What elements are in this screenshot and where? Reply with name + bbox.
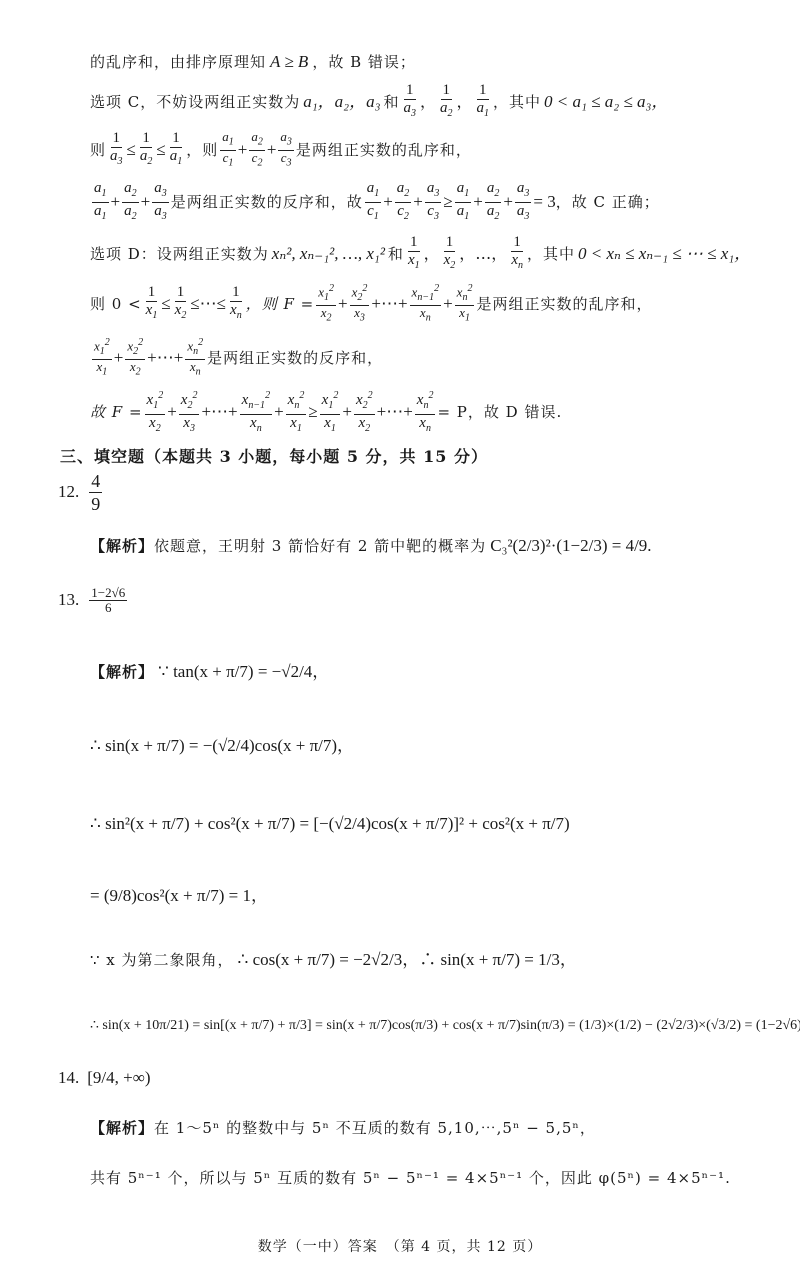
question-13-step-4: = (9/8)cos²(x + π/7) = 1，	[90, 876, 268, 916]
math-line: ∴ sin(x + 10π/21) = sin[(x + π/7) + π/3]…	[90, 1016, 800, 1036]
denominator: 6	[103, 601, 114, 615]
analysis-tag: 【解析】	[90, 662, 154, 682]
fraction: a3c3	[425, 180, 442, 225]
text-line-6: 则 0 < 1x1≤ 1x2≤⋯≤ 1xn ，则 F = x12x2+ x22x…	[90, 284, 652, 324]
text: 的乱序和，由排序原理知	[90, 52, 266, 72]
text: = P，故 D 错误.	[437, 402, 562, 422]
question-number: 12.	[58, 482, 79, 502]
math-inline: A ≥ B	[270, 52, 308, 72]
question-13-step-2: ∴ sin(x + π/7) = −(√2/4)cos(x + π/7)，	[90, 726, 354, 766]
fraction: x22x3	[179, 387, 200, 437]
text: ，故 C 正确；	[556, 192, 660, 212]
fraction: 1a1	[475, 82, 492, 122]
math-inline: a₁，a₂，a₃	[303, 92, 380, 112]
section-heading: 三、填空题（本题共 3 小题，每小题 5 分，共 15 分）	[60, 444, 488, 467]
text: 和	[383, 92, 399, 112]
fraction: a3c3	[278, 130, 294, 170]
fraction: x12x1	[92, 336, 112, 380]
fraction: 1a3	[402, 82, 419, 122]
text: 则 0 <	[90, 294, 142, 314]
fraction: x12x2	[316, 282, 336, 326]
question-13-step-1: 【解析】 ∵ tan(x + π/7) = −√2/4，	[90, 652, 329, 692]
text: ，则 F =	[246, 294, 315, 314]
fraction: xn2x1	[455, 282, 475, 326]
math-line: = (9/8)cos²(x + π/7) = 1，	[90, 886, 268, 906]
fraction: 1x2	[173, 284, 189, 324]
math-inline: C₃²(2/3)²·(1−2/3) = 4/9.	[490, 536, 651, 556]
fraction: xn2xn	[185, 336, 205, 380]
text: 依题意，王明射 3 箭恰好有 2 箭中靶的概率为	[154, 536, 486, 556]
fraction: x12x2	[145, 387, 166, 437]
fraction: 1x1	[406, 234, 422, 274]
text: 选项 D：设两组正实数为	[90, 244, 269, 264]
numerator: 1−2√6	[89, 586, 127, 601]
question-12-analysis: 【解析】 依题意，王明射 3 箭恰好有 2 箭中靶的概率为 C₃²(2/3)²·…	[90, 526, 652, 566]
fraction: x22x2	[354, 387, 375, 437]
question-13-answer: 13. 1−2√6 6	[58, 580, 129, 620]
fraction: a1c1	[365, 180, 382, 225]
question-number: 13.	[58, 590, 79, 610]
analysis-tag: 【解析】	[90, 1118, 154, 1138]
text: ，故 B 错误；	[312, 52, 416, 72]
analysis-tag: 【解析】	[90, 536, 154, 556]
text: 是两组正实数的乱序和，	[476, 294, 652, 314]
fraction: a3a3	[152, 180, 169, 225]
fraction: a1a1	[92, 180, 109, 225]
text: 是两组正实数的反序和，故	[171, 192, 363, 212]
question-13-step-3: ∴ sin²(x + π/7) + cos²(x + π/7) = [−(√2/…	[90, 804, 570, 844]
fraction: 1x2	[442, 234, 458, 274]
text: ，其中	[493, 92, 541, 112]
math-inline: xₙ², xₙ₋₁², …, x₁²	[272, 244, 385, 264]
answer-fraction: 1−2√6 6	[89, 586, 127, 615]
fraction: 1a1	[168, 130, 185, 170]
fraction: a3a3	[515, 180, 532, 225]
denominator: 9	[89, 493, 102, 515]
text-line-4: a1a1+ a2a2+ a3a3 是两组正实数的反序和，故 a1c1+ a2c2…	[90, 182, 660, 222]
question-13-step-5: ∵ x 为第二象限角， ∴ cos(x + π/7) = −2√2/3，∴ si…	[90, 940, 577, 980]
fraction: 1a2	[438, 82, 455, 122]
math-inline: 0 < xₙ ≤ xₙ₋₁ ≤ ⋯ ≤ x₁，	[578, 244, 751, 264]
question-14-analysis-1: 【解析】 在 1～5ⁿ 的整数中与 5ⁿ 不互质的数有 5,10,⋯,5ⁿ − …	[90, 1118, 596, 1138]
text: 则	[90, 140, 106, 160]
text: ∵ x 为第二象限角，	[90, 950, 234, 970]
fraction: a2c2	[395, 180, 412, 225]
fraction: 1xn	[228, 284, 244, 324]
text: 是两组正实数的乱序和，	[296, 140, 472, 160]
text: ，则	[186, 140, 218, 160]
fraction: a1a1	[455, 180, 472, 225]
math-inline: ∴ cos(x + π/7) = −2√2/3，∴ sin(x + π/7) =…	[238, 950, 577, 970]
text: 故 F =	[90, 402, 143, 422]
text: 和	[388, 244, 404, 264]
fraction: a1c1	[220, 130, 236, 170]
fraction: xn−12xn	[410, 282, 442, 326]
math-line: ∴ sin²(x + π/7) + cos²(x + π/7) = [−(√2/…	[90, 814, 570, 834]
fraction: x12x1	[320, 387, 341, 437]
fraction: xn2xn	[415, 387, 436, 437]
fraction: a2a2	[485, 180, 502, 225]
math-line: ∵ tan(x + π/7) = −√2/4，	[158, 662, 329, 682]
page-footer: 数学（一中）答案 （第 4 页，共 12 页）	[0, 1236, 800, 1256]
fraction: x22x3	[350, 282, 370, 326]
text-line-2: 选项 C，不妨设两组正实数为 a₁，a₂，a₃ 和 1a3， 1a2， 1a1 …	[90, 82, 668, 122]
text: 是两组正实数的反序和，	[207, 348, 383, 368]
numerator: 4	[89, 470, 102, 493]
text: 在 1～5ⁿ 的整数中与 5ⁿ 不互质的数有 5,10,⋯,5ⁿ − 5,5ⁿ，	[154, 1118, 596, 1138]
answer-fraction: 4 9	[89, 470, 102, 515]
fraction: 1a2	[138, 130, 155, 170]
fraction: 1x1	[144, 284, 160, 324]
question-number: 14.	[58, 1068, 79, 1088]
fraction: xn2x1	[286, 387, 307, 437]
text-line-3: 则 1a3≤ 1a2≤ 1a1 ，则 a1c1+ a2c2+ a3c3 是两组正…	[90, 130, 472, 170]
question-12-answer: 12. 4 9	[58, 470, 104, 514]
math-line: ∴ sin(x + π/7) = −(√2/4)cos(x + π/7)，	[90, 736, 354, 756]
answer-interval: [9/4, +∞)	[87, 1068, 150, 1088]
fraction: 1xn	[509, 234, 525, 274]
text-line-1: 的乱序和，由排序原理知 A ≥ B ，故 B 错误；	[90, 52, 416, 72]
question-13-step-6: ∴ sin(x + 10π/21) = sin[(x + π/7) + π/3]…	[90, 1006, 800, 1046]
text: 选项 C，不妨设两组正实数为	[90, 92, 300, 112]
fraction: x22x2	[125, 336, 145, 380]
text-line-8: 故 F = x12x2+ x22x3+⋯+ xn−12xn+ xn2x1≥ x1…	[90, 390, 562, 434]
fraction: a2c2	[249, 130, 265, 170]
document-page: 的乱序和，由排序原理知 A ≥ B ，故 B 错误； 选项 C，不妨设两组正实数…	[0, 0, 800, 1282]
question-14-analysis-2: 共有 5ⁿ⁻¹ 个，所以与 5ⁿ 互质的数有 5ⁿ − 5ⁿ⁻¹ = 4×5ⁿ⁻…	[90, 1168, 731, 1188]
fraction: 1a3	[108, 130, 125, 170]
question-14-answer: 14. [9/4, +∞)	[58, 1056, 151, 1100]
text: ，其中	[527, 244, 575, 264]
math-inline: = 3	[533, 192, 555, 212]
text-line-7: x12x1+ x22x2+⋯+ xn2xn 是两组正实数的反序和，	[90, 338, 383, 378]
fraction: xn−12xn	[240, 387, 272, 437]
text: 共有 5ⁿ⁻¹ 个，所以与 5ⁿ 互质的数有 5ⁿ − 5ⁿ⁻¹ = 4×5ⁿ⁻…	[90, 1168, 731, 1188]
text-line-5: 选项 D：设两组正实数为 xₙ², xₙ₋₁², …, x₁² 和 1x1， 1…	[90, 234, 751, 274]
fraction: a2a2	[122, 180, 139, 225]
math-inline: 0 < a₁ ≤ a₂ ≤ a₃，	[544, 92, 668, 112]
